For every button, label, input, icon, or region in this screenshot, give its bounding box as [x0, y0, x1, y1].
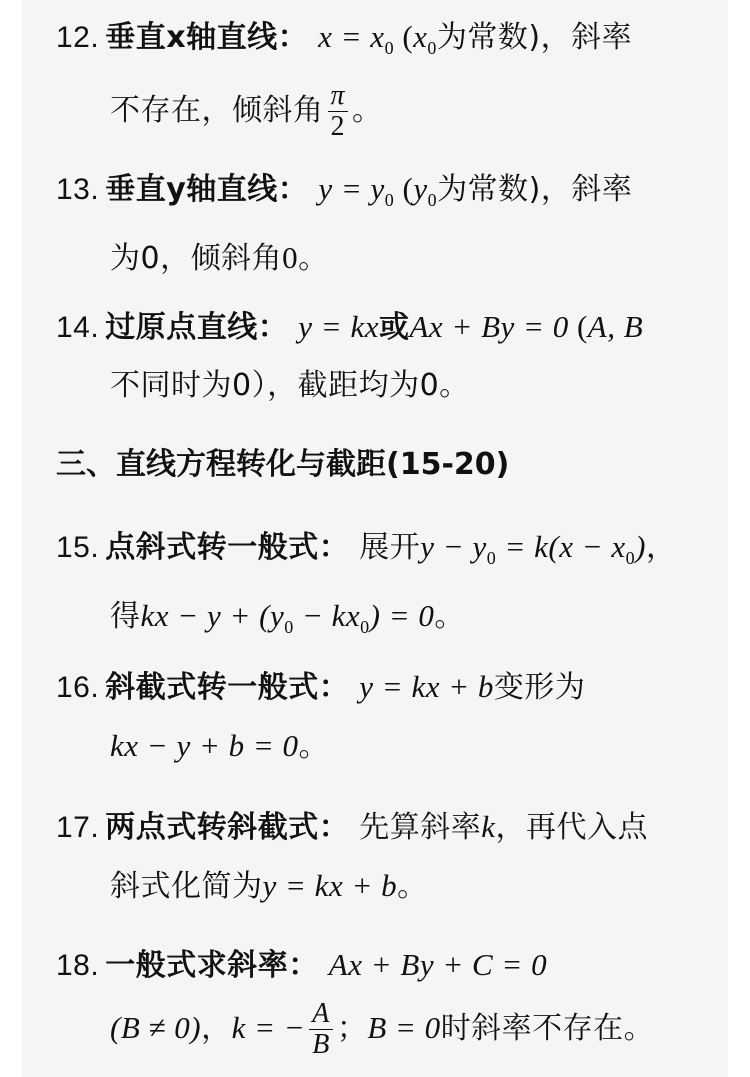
formula-item-13: 13.垂直y轴直线： y = y0 (y0为常数)，斜率 为0，倾斜角0。 — [56, 160, 706, 288]
item-number: 17. — [56, 811, 99, 844]
formula-item-14: 14.过原点直线： y = kx或Ax + By = 0 (A, B 不同时为0… — [56, 298, 706, 415]
item-title: 斜截式转一般式： — [105, 670, 349, 705]
item-line-1: 12.垂直x轴直线： x = x0 (x0为常数)，斜率 — [56, 8, 706, 77]
item-number: 15. — [56, 531, 99, 564]
item-line-2: kx − y + b = 0。 — [56, 717, 706, 776]
item-line-2: 得kx − y + (y0 − kx0) = 0。 — [56, 587, 706, 656]
math-expression: y = kx + b — [263, 868, 398, 903]
item-line-1: 16.斜截式转一般式： y = kx + b变形为 — [56, 658, 706, 717]
math-expression: y = y0 — [318, 171, 394, 206]
item-line-2: 不同时为0），截距均为0。 — [56, 357, 706, 415]
fraction-a-over-b: AB — [309, 999, 333, 1060]
formula-item-16: 16.斜截式转一般式： y = kx + b变形为 kx − y + b = 0… — [56, 658, 706, 776]
watermark — [480, 1040, 730, 1056]
math-expression: y = kx + b — [359, 669, 494, 704]
item-title: 垂直y轴直线： — [105, 172, 308, 207]
section-heading: 三、直线方程转化与截距(15-20) — [56, 440, 509, 490]
item-number: 16. — [56, 671, 99, 704]
math-expression: y = kx — [298, 309, 379, 344]
item-title: 点斜式转一般式： — [105, 530, 349, 565]
formula-item-17: 17.两点式转斜截式： 先算斜率k，再代入点 斜式化简为y = kx + b。 — [56, 798, 706, 916]
item-title: 两点式转斜截式： — [105, 810, 349, 845]
item-line-2: 不存在，倾斜角π2。 — [56, 81, 706, 142]
item-line-1: 17.两点式转斜截式： 先算斜率k，再代入点 — [56, 798, 706, 857]
math-expression: y − y0 = k(x − x0) — [420, 529, 646, 564]
item-line-1: 15.点斜式转一般式： 展开y − y0 = k(x − x0)， — [56, 518, 706, 587]
item-number: 14. — [56, 311, 99, 344]
item-line-2: 斜式化简为y = kx + b。 — [56, 857, 706, 916]
math-expression: kx − y + b = 0 — [110, 728, 299, 763]
math-expression: x = x0 — [318, 19, 394, 54]
item-number: 18. — [56, 949, 99, 982]
formula-item-15: 15.点斜式转一般式： 展开y − y0 = k(x − x0)， 得kx − … — [56, 518, 706, 656]
item-line-1: 13.垂直y轴直线： y = y0 (y0为常数)，斜率 — [56, 160, 706, 229]
formula-item-12: 12.垂直x轴直线： x = x0 (x0为常数)，斜率 不存在，倾斜角π2。 — [56, 8, 706, 142]
math-expression: kx − y + (y0 − kx0) = 0 — [141, 598, 435, 633]
item-title: 一般式求斜率： — [105, 948, 319, 983]
item-title: 过原点直线： — [105, 310, 288, 345]
math-expression: Ax + By + C = 0 — [329, 947, 547, 982]
item-line-1: 14.过原点直线： y = kx或Ax + By = 0 (A, B — [56, 298, 706, 357]
item-number: 13. — [56, 173, 99, 206]
fraction-pi-over-2: π2 — [328, 81, 349, 142]
item-line-1: 18.一般式求斜率： Ax + By + C = 0 — [56, 936, 706, 995]
item-title: 垂直x轴直线： — [105, 20, 308, 55]
item-line-2: 为0，倾斜角0。 — [56, 229, 706, 288]
item-number: 12. — [56, 21, 99, 54]
